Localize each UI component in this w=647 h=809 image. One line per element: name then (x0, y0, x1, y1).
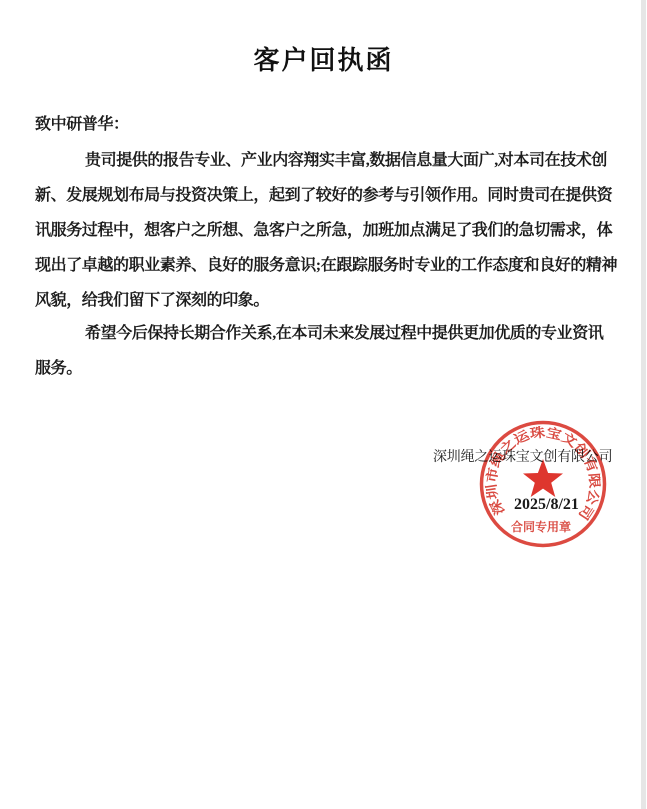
company-seal-stamp: 深圳市绳之运珠宝文创有限公司 合同专用章 (468, 409, 618, 559)
body-line: 新、发展规划布局与投资决策上，起到了较好的参考与引领作用。同时贵司在提供资 (35, 182, 612, 205)
body-line: 讯服务过程中，想客户之所想、急客户之所急，加班加点满足了我们的急切需求，体 (35, 217, 612, 240)
body-line: 风貌，给我们留下了深刻的印象。 (35, 287, 269, 310)
seal-bottom-text: 合同专用章 (511, 519, 571, 534)
window-edge-strip (641, 0, 646, 809)
receipt-letter-page: 客户回执函 致中研普华： 贵司提供的报告专业、产业内容翔实丰富,数据信息量大面广… (0, 0, 647, 809)
page-title: 客户回执函 (0, 40, 647, 77)
greeting-line: 致中研普华： (35, 111, 129, 134)
body-line: 服务。 (35, 355, 82, 378)
star-icon (523, 459, 563, 497)
body-line: 希望今后保持长期合作关系,在本司未来发展过程中提供更加优质的专业资讯 (85, 320, 603, 343)
body-line: 贵司提供的报告专业、产业内容翔实丰富,数据信息量大面广,对本司在技术创 (85, 147, 607, 170)
body-line: 现出了卓越的职业素养、良好的服务意识;在跟踪服务时专业的工作态度和良好的精神 (35, 252, 617, 275)
